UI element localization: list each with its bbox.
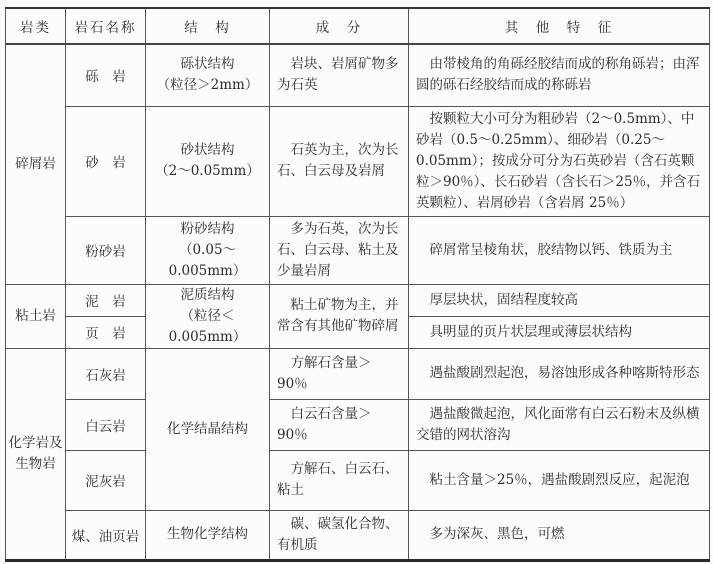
cell-features-siltstone: 碎屑常呈棱角状，胶结物以钙、铁质为主 <box>409 216 710 284</box>
table-row: 砂 岩 砂状结构 （2～0.05mm） 石英为主，次为长石、白云母及岩屑 按颗粒… <box>6 106 710 216</box>
cell-features-sandstone: 按颗粒大小可分为粗砂岩（2～0.5mm）、中砂岩（0.5～0.25mm）、细砂岩… <box>409 106 710 216</box>
cell-features-conglomerate: 由带棱角的角砾经胶结而成的称角砾岩；由浑圆的砾石经胶结而成的称砾岩 <box>409 44 710 106</box>
header-composition: 成 分 <box>270 8 409 44</box>
cell-structure-sandstone: 砂状结构 （2～0.05mm） <box>146 106 270 216</box>
table-row: 煤、油页岩 生物化学结构 碳、碳氢化合物、有机质 多为深灰、黑色，可燃 <box>6 510 710 560</box>
cell-composition-marl: 方解石、白云石、粘土 <box>270 450 409 510</box>
cell-composition-limestone: 方解石含量＞90％ <box>270 348 409 399</box>
table-header-row: 岩类 岩石名称 结 构 成 分 其 他 特 征 <box>6 8 710 44</box>
cell-class-clay: 粘土岩 <box>6 284 66 348</box>
cell-composition-sandstone: 石英为主，次为长石、白云母及岩屑 <box>270 106 409 216</box>
features-text: 具明显的页片状层理或薄层状结构 <box>409 320 709 345</box>
class-label: 碎屑岩 <box>6 154 65 175</box>
class-label-line: 生物岩 <box>6 454 65 475</box>
structure-line: 砾状结构 <box>146 54 269 75</box>
structure-line: 砂状结构 <box>146 140 269 161</box>
class-label-line: 化学岩及 <box>6 433 65 454</box>
cell-features-shale: 具明显的页片状层理或薄层状结构 <box>409 316 710 348</box>
cell-features-dolomite: 遇盐酸微起泡，风化面常有白云石粉末及纵横交错的网状溶沟 <box>409 399 710 450</box>
class-label: 粘土岩 <box>6 306 65 327</box>
cell-name-dolomite: 白云岩 <box>66 399 146 450</box>
structure-line: （粒径＜0.005mm） <box>146 306 269 348</box>
structure-line: （0.05～0.005mm） <box>146 240 269 282</box>
table-row: 粘土岩 泥 岩 泥质结构 （粒径＜0.005mm） 粘土矿物为主，并常含有其他矿… <box>6 284 710 316</box>
cell-structure-chemical: 化学结晶结构 <box>146 348 270 510</box>
features-text: 按颗粒大小可分为粗砂岩（2～0.5mm）、中砂岩（0.5～0.25mm）、细砂岩… <box>409 107 709 216</box>
composition-text: 方解石含量＞90％ <box>270 351 408 397</box>
features-text: 由带棱角的角砾经胶结而成的称角砾岩；由浑圆的砾石经胶结而成的称砾岩 <box>409 52 709 98</box>
features-text: 碎屑常呈棱角状，胶结物以钙、铁质为主 <box>409 238 709 263</box>
composition-text: 方解石、白云石、粘土 <box>270 457 408 503</box>
header-other-features: 其 他 特 征 <box>409 8 710 44</box>
cell-composition-dolomite: 白云石含量＞90％ <box>270 399 409 450</box>
cell-composition-coal-oil-shale: 碳、碳氢化合物、有机质 <box>270 510 409 560</box>
cell-structure-siltstone: 粉砂结构 （0.05～0.005mm） <box>146 216 270 284</box>
features-text: 遇盐酸剧烈起泡，易溶蚀形成各种喀斯特形态 <box>409 361 709 386</box>
composition-text: 粘土矿物为主，并常含有其他矿物碎屑 <box>270 293 408 339</box>
composition-text: 岩块、岩屑矿物多为石英 <box>270 52 408 98</box>
cell-name-conglomerate: 砾 岩 <box>66 44 146 106</box>
composition-text: 白云石含量＞90％ <box>270 402 408 448</box>
table-row: 化学岩及 生物岩 石灰岩 化学结晶结构 方解石含量＞90％ 遇盐酸剧烈起泡，易溶… <box>6 348 710 399</box>
structure-line: 泥质结构 <box>146 285 269 306</box>
cell-class-clastic: 碎屑岩 <box>6 44 66 284</box>
cell-features-limestone: 遇盐酸剧烈起泡，易溶蚀形成各种喀斯特形态 <box>409 348 710 399</box>
features-text: 遇盐酸微起泡，风化面常有白云石粉末及纵横交错的网状溶沟 <box>409 402 709 448</box>
composition-text: 多为石英，次为长石、白云母、粘土及少量岩屑 <box>270 217 408 284</box>
structure-line: 化学结晶结构 <box>146 419 269 440</box>
header-rock-class: 岩类 <box>6 8 66 44</box>
cell-name-sandstone: 砂 岩 <box>66 106 146 216</box>
cell-name-shale: 页 岩 <box>66 316 146 348</box>
table-row: 碎屑岩 砾 岩 砾状结构 （粒径＞2mm） 岩块、岩屑矿物多为石英 由带棱角的角… <box>6 44 710 106</box>
cell-name-coal-oil-shale: 煤、油页岩 <box>66 510 146 560</box>
cell-composition-siltstone: 多为石英，次为长石、白云母、粘土及少量岩屑 <box>270 216 409 284</box>
cell-features-mudstone: 厚层块状，固结程度较高 <box>409 284 710 316</box>
structure-line: 生物化学结构 <box>146 524 269 545</box>
cell-structure-biochemical: 生物化学结构 <box>146 510 270 560</box>
cell-composition-conglomerate: 岩块、岩屑矿物多为石英 <box>270 44 409 106</box>
composition-text: 石英为主，次为长石、白云母及岩屑 <box>270 138 408 184</box>
cell-name-mudstone: 泥 岩 <box>66 284 146 316</box>
features-text: 厚层块状，固结程度较高 <box>409 288 709 313</box>
header-rock-name: 岩石名称 <box>66 8 146 44</box>
cell-structure-conglomerate: 砾状结构 （粒径＞2mm） <box>146 44 270 106</box>
composition-text: 碳、碳氢化合物、有机质 <box>270 512 408 558</box>
structure-line: 粉砂结构 <box>146 219 269 240</box>
structure-line: （粒径＞2mm） <box>146 75 269 96</box>
cell-features-marl: 粘土含量＞25％，遇盐酸剧烈反应，起泥泡 <box>409 450 710 510</box>
structure-line: （2～0.05mm） <box>146 161 269 182</box>
table-row: 泥灰岩 方解石、白云石、粘土 粘土含量＞25％，遇盐酸剧烈反应，起泥泡 <box>6 450 710 510</box>
cell-composition-clay: 粘土矿物为主，并常含有其他矿物碎屑 <box>270 284 409 348</box>
table-row: 白云岩 白云石含量＞90％ 遇盐酸微起泡，风化面常有白云石粉末及纵横交错的网状溶… <box>6 399 710 450</box>
cell-features-coal-oil-shale: 多为深灰、黑色，可燃 <box>409 510 710 560</box>
features-text: 多为深灰、黑色，可燃 <box>409 522 709 547</box>
cell-name-siltstone: 粉砂岩 <box>66 216 146 284</box>
cell-class-chemical-biogenic: 化学岩及 生物岩 <box>6 348 66 560</box>
cell-name-limestone: 石灰岩 <box>66 348 146 399</box>
sedimentary-rock-classification-table: 岩类 岩石名称 结 构 成 分 其 他 特 征 碎屑岩 砾 岩 砾状结构 （粒径… <box>5 7 710 562</box>
cell-name-marl: 泥灰岩 <box>66 450 146 510</box>
header-structure: 结 构 <box>146 8 270 44</box>
features-text: 粘土含量＞25％，遇盐酸剧烈反应，起泥泡 <box>409 468 709 493</box>
cell-structure-clay: 泥质结构 （粒径＜0.005mm） <box>146 284 270 348</box>
table-row: 粉砂岩 粉砂结构 （0.05～0.005mm） 多为石英，次为长石、白云母、粘土… <box>6 216 710 284</box>
